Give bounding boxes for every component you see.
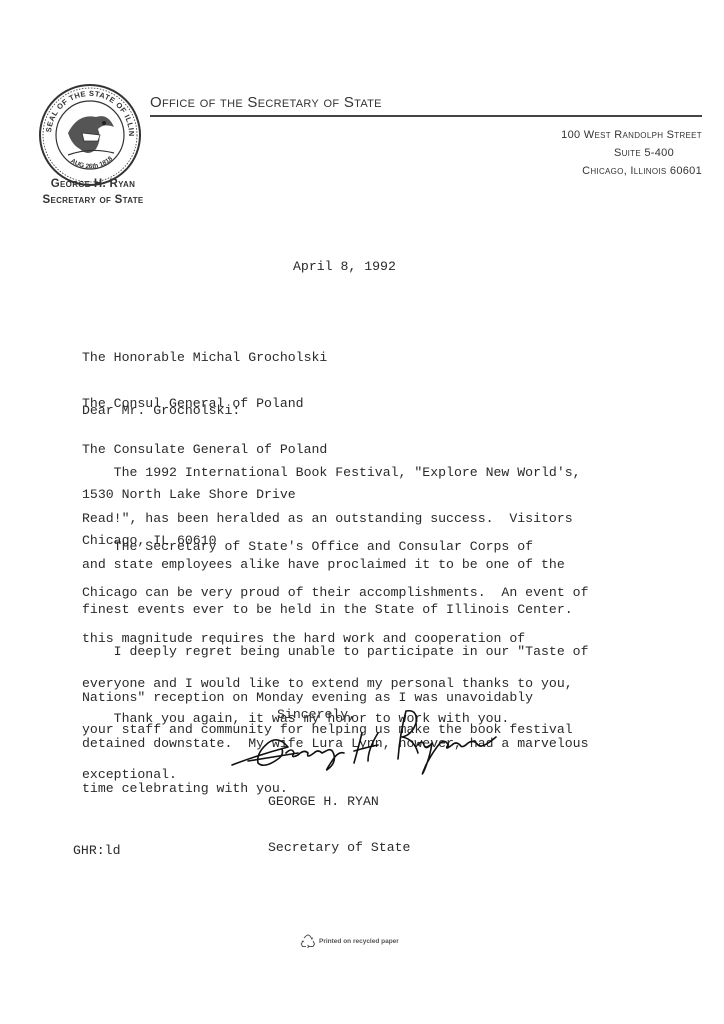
recycle-icon bbox=[300, 934, 316, 948]
reference-initials: GHR:ld bbox=[73, 843, 120, 858]
signer-block: GEORGE H. RYAN Secretary of State bbox=[268, 764, 410, 870]
paragraph-line: Chicago can be very proud of their accom… bbox=[82, 585, 588, 600]
office-address: 100 West Randolph Street Suite 5-400 Chi… bbox=[561, 126, 702, 180]
official-title: Secretary of State bbox=[28, 192, 158, 208]
signer-name: GEORGE H. RYAN bbox=[268, 794, 410, 809]
recycled-paper-note: Printed on recycled paper bbox=[300, 934, 399, 948]
address-city: Chicago, Illinois 60601 bbox=[561, 162, 702, 180]
header-divider bbox=[150, 115, 702, 117]
svg-text:AUG 26th 1818: AUG 26th 1818 bbox=[69, 155, 114, 170]
address-street: 100 West Randolph Street bbox=[561, 126, 702, 144]
letter-date: April 8, 1992 bbox=[293, 259, 396, 274]
recipient-line: The Honorable Michal Grocholski bbox=[82, 350, 327, 365]
office-title: Office of the Secretary of State bbox=[150, 94, 382, 111]
official-name: George H. Ryan bbox=[28, 176, 158, 192]
paragraph-line: I deeply regret being unable to particip… bbox=[82, 644, 588, 659]
signer-title: Secretary of State bbox=[268, 840, 410, 855]
recycled-note-text: Printed on recycled paper bbox=[319, 938, 399, 945]
paragraph-line: The Secretary of State's Office and Cons… bbox=[82, 539, 588, 554]
paragraph-line: The 1992 International Book Festival, "E… bbox=[82, 465, 581, 480]
address-suite: Suite 5-400 bbox=[561, 144, 702, 162]
official-block: George H. Ryan Secretary of State bbox=[28, 176, 158, 208]
state-seal-icon: SEAL OF THE STATE OF ILLINOIS AUG 26th 1… bbox=[38, 83, 142, 187]
salutation: Dear Mr. Grocholski: bbox=[82, 403, 240, 418]
